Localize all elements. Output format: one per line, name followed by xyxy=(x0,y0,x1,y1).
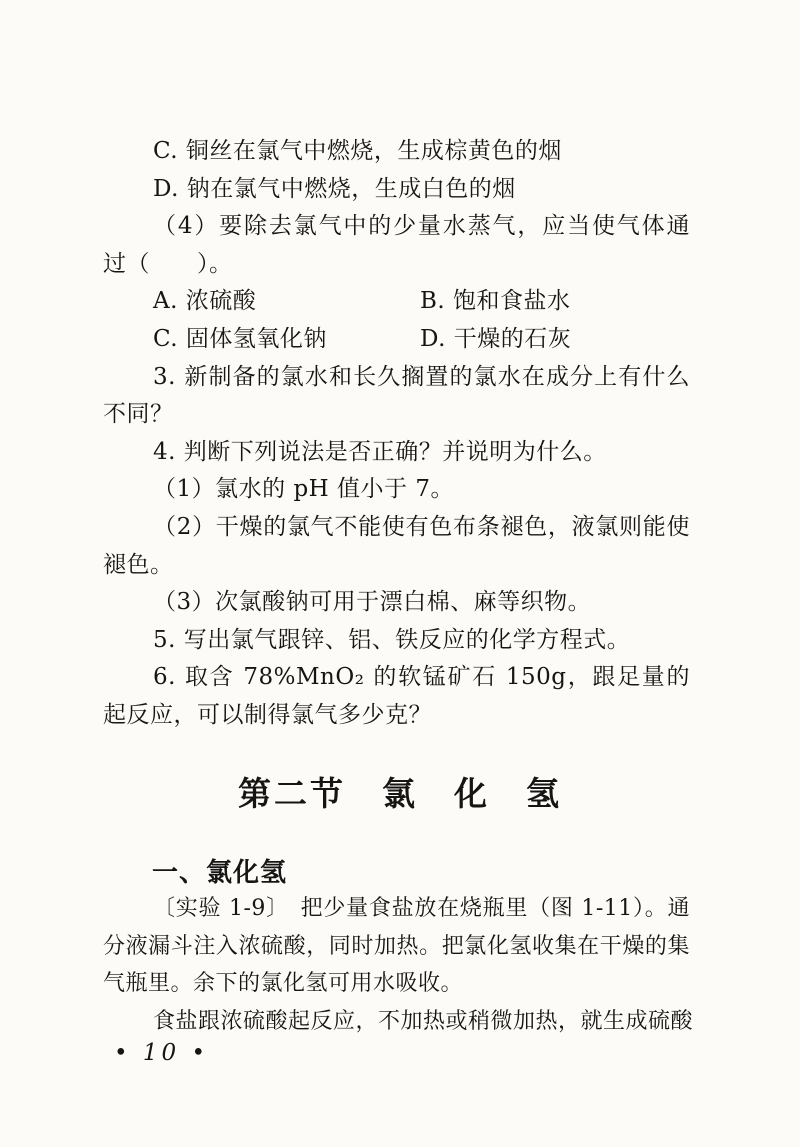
options-row-ab: A. 浓硫酸 B. 饱和食盐水 xyxy=(103,283,690,321)
statement-1-line: （1）氯水的 pH 值小于 7。 xyxy=(103,471,690,509)
question-5-line: 5. 写出氯气跟锌、铝、铁反应的化学方程式。 xyxy=(103,622,690,660)
question-4-stem-continuation: 过（ ）。 xyxy=(103,246,690,284)
body-paragraph-line: 食盐跟浓硫酸起反应，不加热或稍微加热，就生成硫酸 xyxy=(103,1003,690,1041)
question-4-stem-line: （4）要除去氯气中的少量水蒸气，应当使气体通 xyxy=(103,208,690,246)
exercises-section: C. 铜丝在氯气中燃烧，生成棕黄色的烟 D. 钠在氯气中燃烧，生成白色的烟 （4… xyxy=(103,133,690,735)
experiment-paragraph: 〔实验 1-9〕 把少量食盐放在烧瓶里（图 1-11）。通过 分液漏斗注入浓硫酸… xyxy=(103,890,690,1040)
statement-2-line: （2）干燥的氯气不能使有色布条褪色，液氯则能使其 xyxy=(103,509,690,547)
experiment-line-3: 气瓶里。余下的氯化氢可用水吸收。 xyxy=(103,965,690,1003)
question-6-continuation: 起反应，可以制得氯气多少克？ xyxy=(103,697,690,735)
options-row-cd: C. 固体氢氧化钠 D. 干燥的石灰 xyxy=(103,321,690,359)
textbook-page: C. 铜丝在氯气中燃烧，生成棕黄色的烟 D. 钠在氯气中燃烧，生成白色的烟 （4… xyxy=(0,0,800,1147)
question-3-line: 3. 新制备的氯水和长久搁置的氯水在成分上有什么 xyxy=(103,359,690,397)
subsection-heading: 一、氯化氢 xyxy=(152,852,287,889)
experiment-line-1: 〔实验 1-9〕 把少量食盐放在烧瓶里（图 1-11）。通过 xyxy=(103,890,690,928)
section-heading: 第二节 氯 化 氢 xyxy=(0,768,800,815)
option-c: C. 固体氢氧化钠 xyxy=(153,326,327,352)
option-d: D. 干燥的石灰 xyxy=(420,321,571,359)
statement-2-continuation: 褪色。 xyxy=(103,547,690,585)
option-c-copper-line: C. 铜丝在氯气中燃烧，生成棕黄色的烟 xyxy=(103,133,690,171)
question-6-line: 6. 取含 78%MnO₂ 的软锰矿石 150g，跟足量的浓盐酸 xyxy=(103,659,690,697)
experiment-line-2: 分液漏斗注入浓硫酸，同时加热。把氯化氢收集在干燥的集 xyxy=(103,928,690,966)
page-number: • 10 • xyxy=(114,1040,209,1066)
question-3-continuation: 不同？ xyxy=(103,396,690,434)
question-4-line: 4. 判断下列说法是否正确？并说明为什么。 xyxy=(103,434,690,472)
option-a: A. 浓硫酸 xyxy=(153,288,256,314)
option-d-sodium-line: D. 钠在氯气中燃烧，生成白色的烟 xyxy=(103,171,690,209)
option-b: B. 饱和食盐水 xyxy=(420,283,571,321)
statement-3-line: （3）次氯酸钠可用于漂白棉、麻等织物。 xyxy=(103,584,690,622)
